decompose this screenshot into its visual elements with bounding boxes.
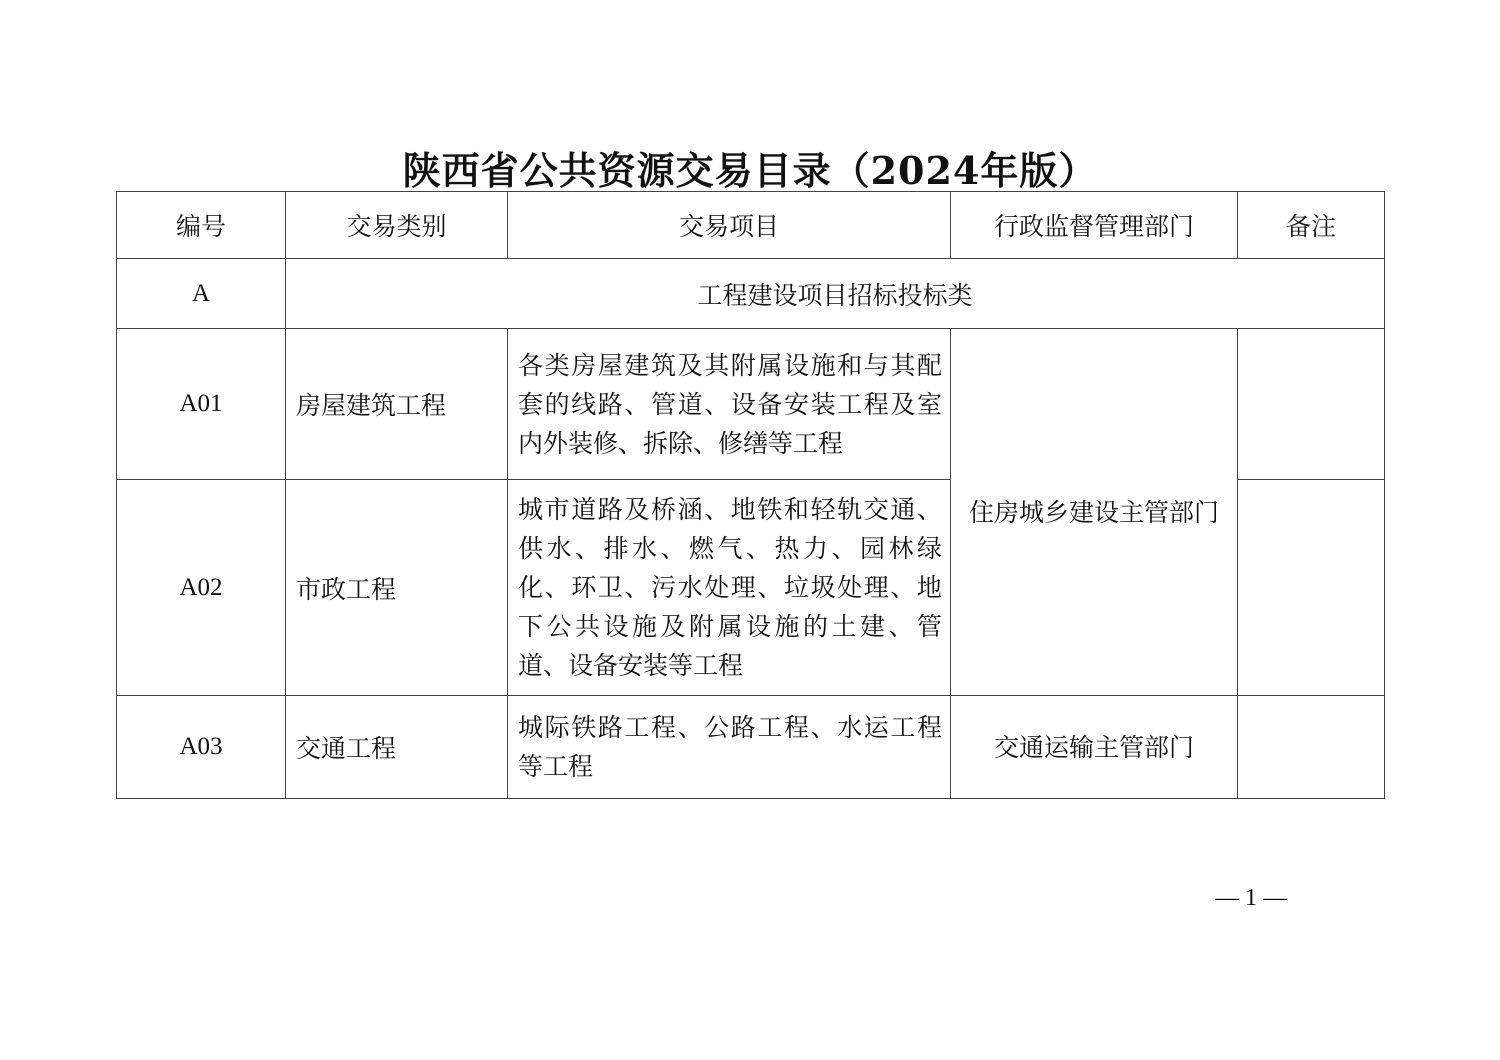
table-row: A03 交通工程 城际铁路工程、公路工程、水运工程等工程 交通运输主管部门 — [117, 696, 1385, 799]
category-code: A — [117, 259, 286, 329]
row-code: A03 — [117, 696, 286, 799]
row-note — [1238, 329, 1385, 480]
row-item: 城市道路及桥涵、地铁和轻轨交通、供水、排水、燃气、热力、园林绿化、环卫、污水处理… — [508, 480, 951, 696]
category-row: A 工程建设项目招标投标类 — [117, 259, 1385, 329]
row-note — [1238, 480, 1385, 696]
row-note — [1238, 696, 1385, 799]
row-type: 交通工程 — [286, 696, 508, 799]
header-note: 备注 — [1238, 192, 1385, 259]
row-dept: 交通运输主管部门 — [951, 696, 1238, 799]
catalog-table: 编号 交易类别 交易项目 行政监督管理部门 备注 A 工程建设项目招标投标类 A… — [116, 191, 1385, 799]
row-item: 各类房屋建筑及其附属设施和与其配套的线路、管道、设备安装工程及室内外装修、拆除、… — [508, 329, 951, 480]
row-type: 市政工程 — [286, 480, 508, 696]
category-name: 工程建设项目招标投标类 — [286, 259, 1385, 329]
row-code: A01 — [117, 329, 286, 480]
table-row: A01 房屋建筑工程 各类房屋建筑及其附属设施和与其配套的线路、管道、设备安装工… — [117, 329, 1385, 480]
row-dept: 住房城乡建设主管部门 — [951, 329, 1238, 696]
document-title: 陕西省公共资源交易目录（2024年版） — [0, 140, 1500, 195]
page-number: — 1 — — [1215, 885, 1287, 912]
header-type: 交易类别 — [286, 192, 508, 259]
table-header-row: 编号 交易类别 交易项目 行政监督管理部门 备注 — [117, 192, 1385, 259]
header-code: 编号 — [117, 192, 286, 259]
row-code: A02 — [117, 480, 286, 696]
row-type: 房屋建筑工程 — [286, 329, 508, 480]
row-item: 城际铁路工程、公路工程、水运工程等工程 — [508, 696, 951, 799]
header-item: 交易项目 — [508, 192, 951, 259]
header-dept: 行政监督管理部门 — [951, 192, 1238, 259]
